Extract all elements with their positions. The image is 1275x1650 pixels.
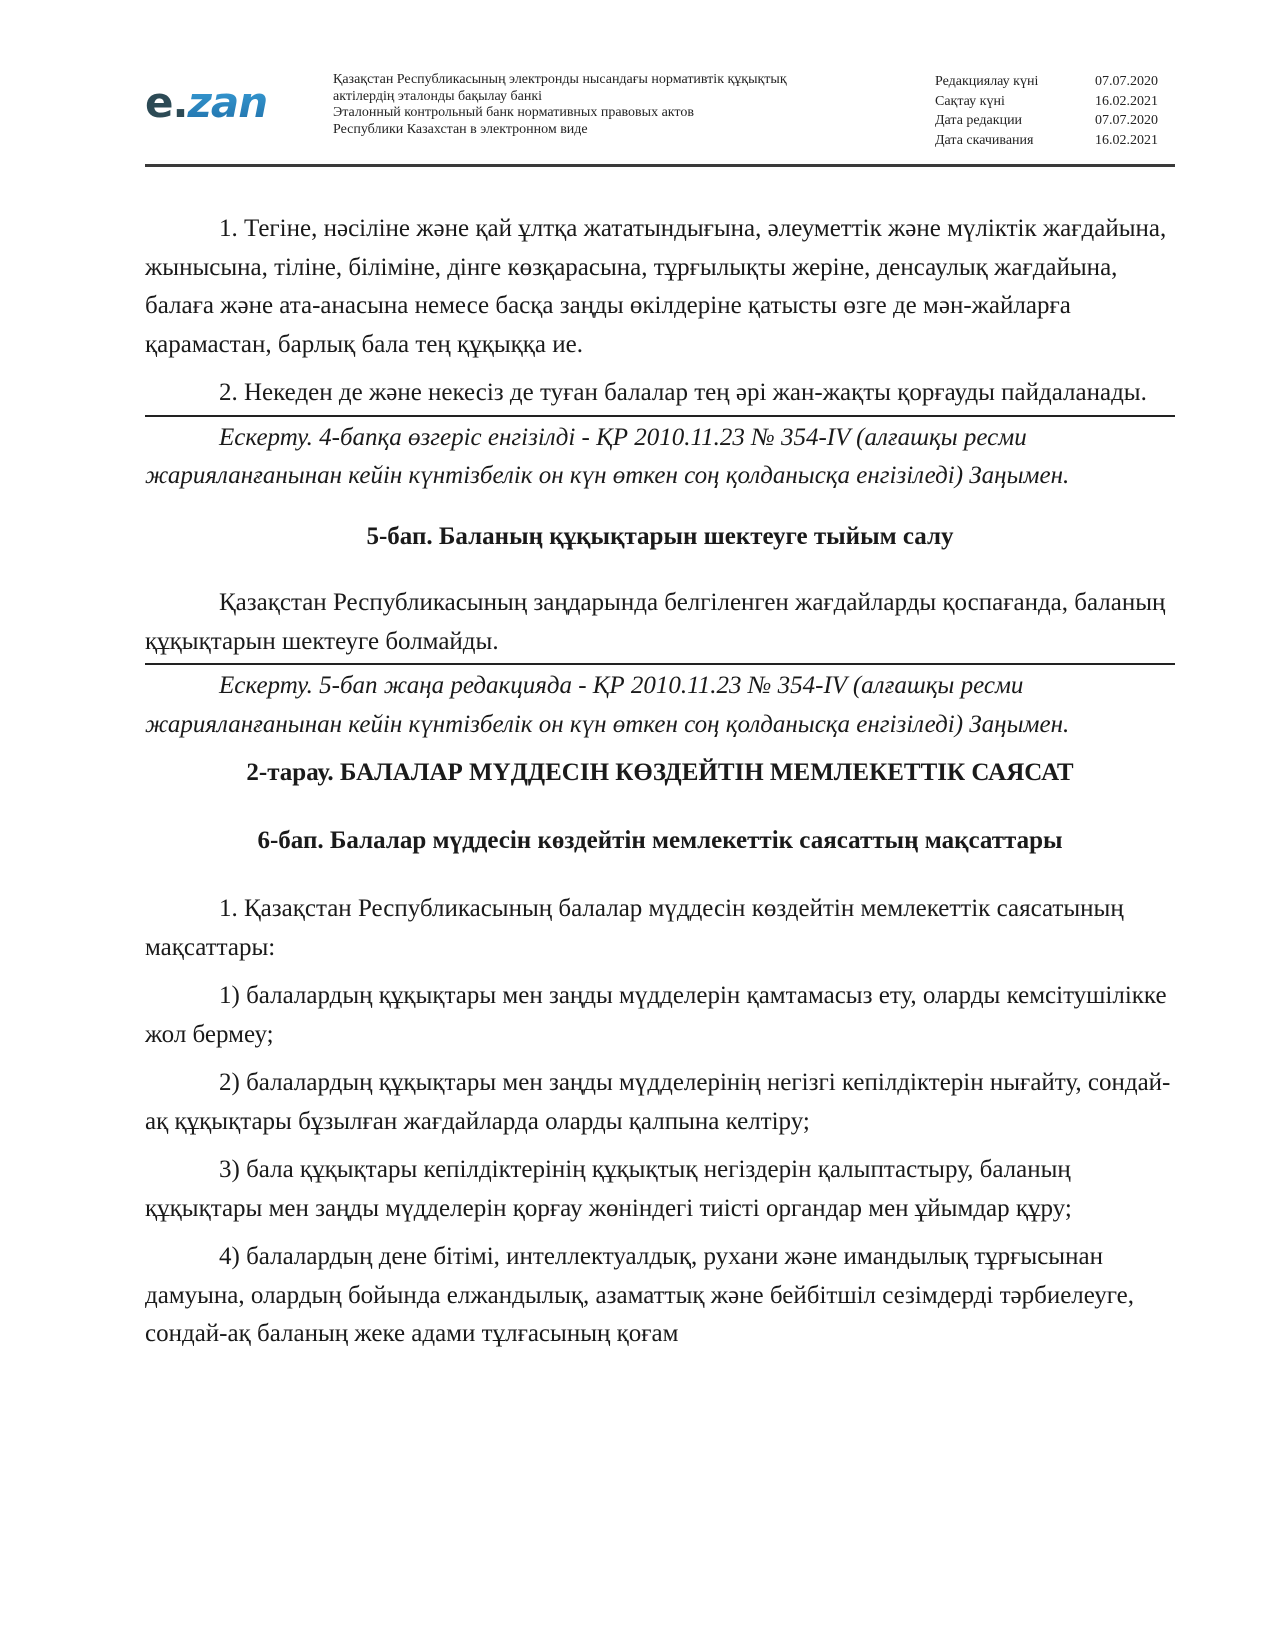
ezan-logo: e.zan xyxy=(145,82,267,124)
date-row-edit-kz: Редакциялау күні 07.07.2020 xyxy=(935,72,1175,92)
date-value: 07.07.2020 xyxy=(1095,111,1175,131)
header-title-line: Республики Казахстан в электронном виде xyxy=(333,122,787,139)
document-body: 1. Тегіне, нәсіліне және қай ұлтқа жатат… xyxy=(145,210,1175,1364)
date-row-save-kz: Сақтау күні 16.02.2021 xyxy=(935,92,1175,112)
header-title: Қазақстан Республикасының электронды ныс… xyxy=(333,72,787,138)
article6-paragraph-1: 1. Қазақстан Республикасының балалар мүд… xyxy=(145,890,1175,967)
logo-prefix: e. xyxy=(145,78,187,127)
date-row-download-ru: Дата скачивания 16.02.2021 xyxy=(935,131,1175,151)
article6-item: 4) балалардың дене бітімі, интеллектуалд… xyxy=(145,1238,1175,1354)
article4-paragraph-1: 1. Тегіне, нәсіліне және қай ұлтқа жатат… xyxy=(145,210,1175,364)
document-header: e.zan Қазақстан Республикасының электрон… xyxy=(145,68,1175,163)
note-divider xyxy=(145,663,1175,665)
date-value: 07.07.2020 xyxy=(1095,72,1175,92)
article5-title: 5-бап. Баланың құқықтарын шектеуге тыйым… xyxy=(145,518,1175,557)
article6-item: 1) балалардың құқықтары мен заңды мүддел… xyxy=(145,977,1175,1054)
header-title-line: актілердің эталонды бақылау банкі xyxy=(333,89,787,106)
date-row-edit-ru: Дата редакции 07.07.2020 xyxy=(935,111,1175,131)
date-label: Сақтау күні xyxy=(935,92,1095,112)
header-dates: Редакциялау күні 07.07.2020 Сақтау күні … xyxy=(935,72,1175,150)
date-label: Редакциялау күні xyxy=(935,72,1095,92)
note-divider xyxy=(145,415,1175,417)
date-label: Дата скачивания xyxy=(935,131,1095,151)
header-divider xyxy=(145,164,1175,167)
article6-item: 3) бала құқықтары кепілдіктерінің құқықт… xyxy=(145,1151,1175,1228)
article6-title: 6-бап. Балалар мүддесін көздейтін мемлек… xyxy=(145,822,1175,861)
date-value: 16.02.2021 xyxy=(1095,92,1175,112)
chapter2-title: 2-тарау. БАЛАЛАР МҮДДЕСІН КӨЗДЕЙТІН МЕМЛ… xyxy=(145,754,1175,793)
date-value: 16.02.2021 xyxy=(1095,131,1175,151)
header-title-line: Қазақстан Республикасының электронды ныс… xyxy=(333,72,787,89)
article4-note: Ескерту. 4-бапқа өзгеріс енгізілді - ҚР … xyxy=(145,419,1175,496)
article5-note: Ескерту. 5-бап жаңа редакцияда - ҚР 2010… xyxy=(145,667,1175,744)
article4-paragraph-2: 2. Некеден де және некесіз де туған бала… xyxy=(145,374,1175,413)
date-label: Дата редакции xyxy=(935,111,1095,131)
article6-item: 2) балалардың құқықтары мен заңды мүддел… xyxy=(145,1064,1175,1141)
header-title-line: Эталонный контрольный банк нормативных п… xyxy=(333,105,787,122)
logo-suffix: zan xyxy=(187,78,267,127)
article5-paragraph-1: Қазақстан Республикасының заңдарында бел… xyxy=(145,584,1175,661)
